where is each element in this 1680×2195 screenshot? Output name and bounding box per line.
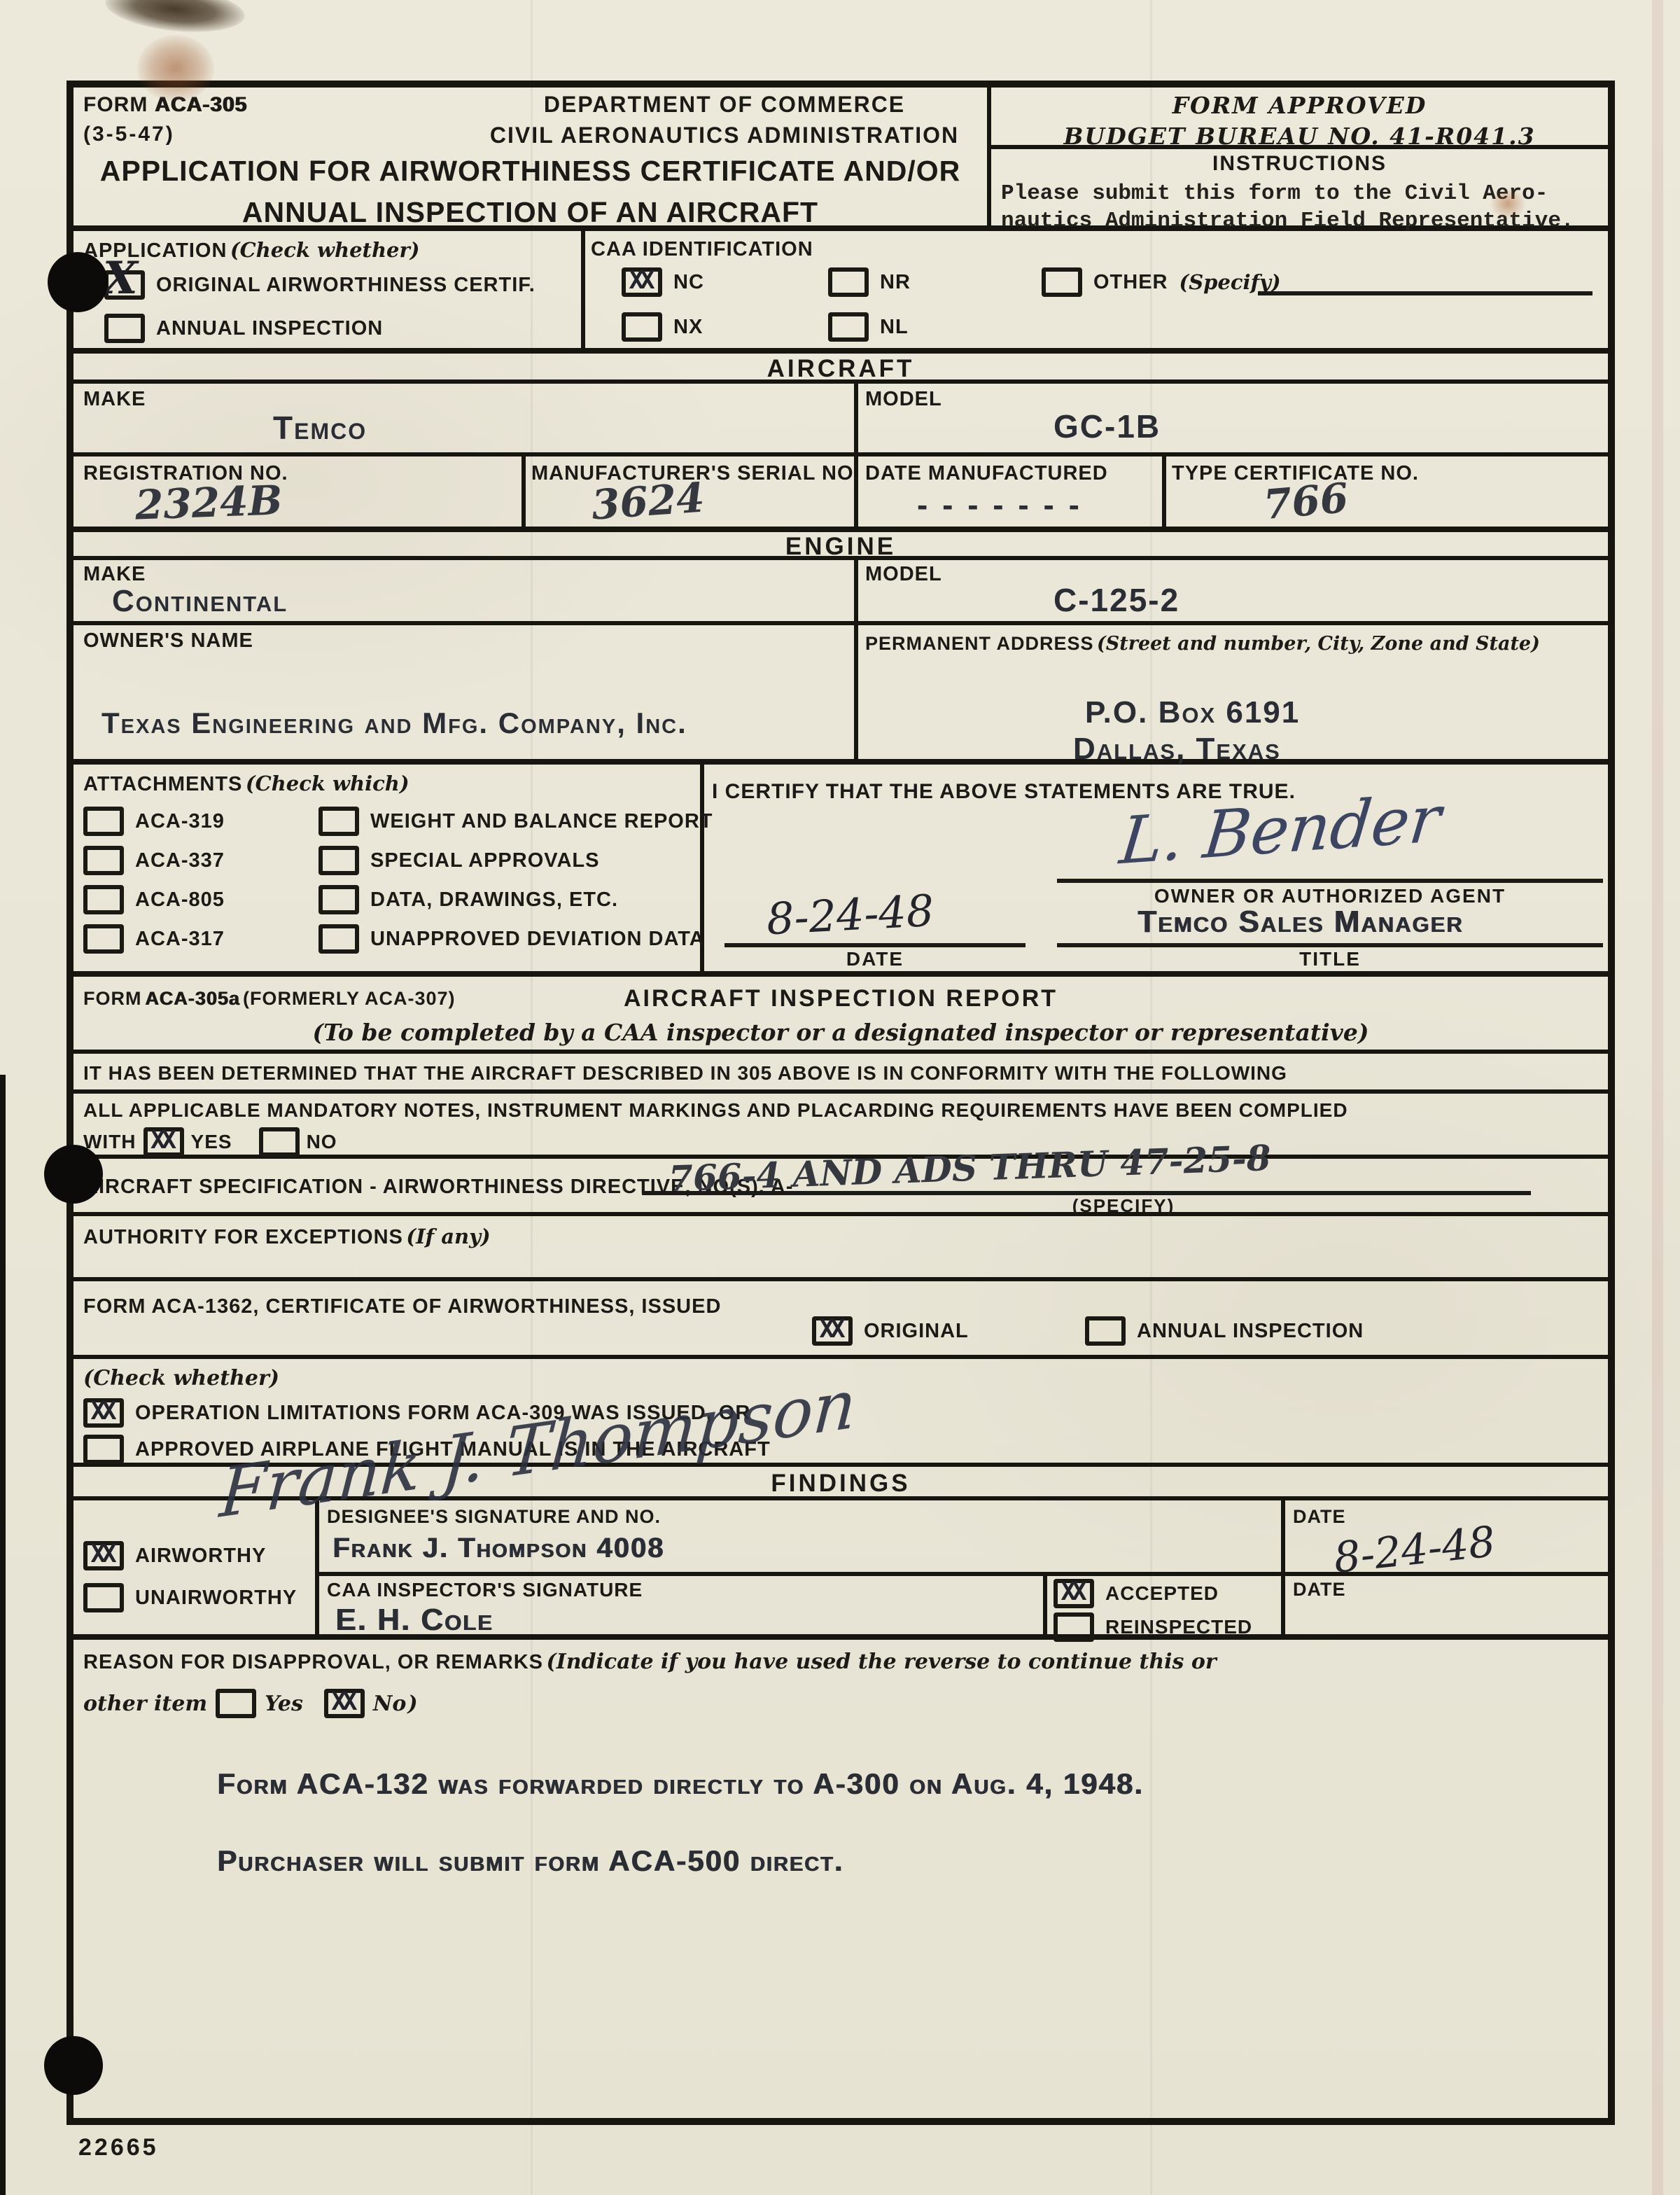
data-drawings-label: DATA, DRAWINGS, ETC. xyxy=(370,889,618,912)
nl-checkbox[interactable] xyxy=(828,312,869,342)
nc-checkmark: XX xyxy=(629,266,654,295)
operation-limitations-checkmark: XX xyxy=(90,1397,116,1426)
department-line2: CIVIL AERONAUTICS ADMINISTRATION xyxy=(465,123,983,148)
attachments-label-note: (Check which) xyxy=(246,772,409,795)
findings-date1-label: DATE xyxy=(1293,1506,1346,1528)
data-drawings-checkbox[interactable] xyxy=(318,885,359,914)
determination-text: IT HAS BEEN DETERMINED THAT THE AIRCRAFT… xyxy=(83,1062,1287,1085)
original-airworthiness-checkmark: X xyxy=(103,256,138,301)
owner-signature-line xyxy=(1057,847,1603,883)
punch-hole-top xyxy=(48,252,108,312)
nc-checkbox[interactable]: XX xyxy=(622,267,662,297)
application-caa-band: APPLICATION (Check whether) X ORIGINAL A… xyxy=(73,231,1608,354)
airworthy-label: AIRWORTHY xyxy=(135,1545,266,1568)
instructions-line2: nautics Administration Field Representat… xyxy=(1001,209,1608,233)
registration-value: 2324B xyxy=(134,476,283,529)
remarks-note-line1: (Indicate if you have used the reverse t… xyxy=(546,1650,1216,1674)
instructions-title: INSTRUCTIONS xyxy=(991,152,1608,176)
certify-title-caption: TITLE xyxy=(1057,948,1603,970)
caa-inspector-name: E. H. Cole xyxy=(335,1603,493,1638)
aca-805-label: ACA-805 xyxy=(135,889,225,912)
form-approved-line2: BUDGET BUREAU NO. 41-R041.3 xyxy=(991,123,1608,150)
department-line1: DEPARTMENT OF COMMERCE xyxy=(465,92,983,118)
designee-typed-name: Frank J. Thompson 4008 xyxy=(332,1533,664,1564)
punch-hole-middle xyxy=(44,1145,103,1204)
special-approvals-label: SPECIAL APPROVALS xyxy=(370,849,599,872)
aircraft-model-label: MODEL xyxy=(865,388,942,411)
remarks-no-checkmark: XX xyxy=(331,1687,357,1716)
remarks-line1: Form ACA-132 was forwarded directly to A… xyxy=(217,1767,1144,1801)
issued-original-checkbox[interactable]: XX xyxy=(812,1316,853,1346)
address-line2: Dallas, Texas xyxy=(1073,732,1281,767)
engine-model-label: MODEL xyxy=(865,563,942,586)
issued-annual-label: ANNUAL INSPECTION xyxy=(1137,1320,1364,1343)
compliance-no-checkbox[interactable] xyxy=(259,1127,300,1157)
compliance-yes-checkmark: XX xyxy=(150,1126,176,1155)
accepted-checkbox[interactable]: XX xyxy=(1053,1579,1094,1608)
aca-319-checkbox[interactable] xyxy=(83,807,124,836)
engine-section-title: ENGINE xyxy=(73,533,1608,561)
remarks-yes-checkbox[interactable] xyxy=(216,1689,256,1718)
directive-band: AIRCRAFT SPECIFICATION - AIRWORTHINESS D… xyxy=(73,1159,1608,1216)
directive-specify-caption: (SPECIFY) xyxy=(703,1195,1543,1217)
date-manufactured-label: DATE MANUFACTURED xyxy=(865,462,1108,485)
certificate-issued-label: FORM ACA-1362, CERTIFICATE OF AIRWORTHIN… xyxy=(83,1295,721,1318)
address-line1: P.O. Box 6191 xyxy=(1085,695,1300,730)
application-label-note: (Check whether) xyxy=(230,238,420,262)
nc-label: NC xyxy=(673,271,704,294)
remarks-no-label: No xyxy=(373,1692,406,1716)
annual-inspection-label: ANNUAL INSPECTION xyxy=(156,317,383,340)
authority-label: AUTHORITY FOR EXCEPTIONS xyxy=(83,1226,403,1248)
authority-band: AUTHORITY FOR EXCEPTIONS (If any) xyxy=(73,1216,1608,1281)
certify-date-line xyxy=(724,912,1025,947)
compliance-yes-checkbox[interactable]: XX xyxy=(143,1127,184,1157)
remarks-note-close: ) xyxy=(407,1692,417,1716)
annual-inspection-checkbox[interactable] xyxy=(104,314,145,343)
type-certificate-value: 766 xyxy=(1261,474,1350,529)
serial-value: 3624 xyxy=(590,473,706,529)
engine-make-model-band: MAKE Continental MODEL C-125-2 xyxy=(73,560,1608,625)
aircraft-registration-band: REGISTRATION NO. 2324B MANUFACTURER'S SE… xyxy=(73,457,1608,532)
header-band: FORM ACA-305 (3-5-47) DEPARTMENT OF COMM… xyxy=(73,88,1608,231)
caa-inspector-signature-label: CAA INSPECTOR'S SIGNATURE xyxy=(327,1579,643,1601)
instructions-box: INSTRUCTIONS Please submit this form to … xyxy=(991,149,1608,233)
remarks-band: REASON FOR DISAPPROVAL, OR REMARKS (Indi… xyxy=(73,1640,1608,2118)
certify-title-line xyxy=(1057,912,1603,947)
remarks-line2: Purchaser will submit form ACA-500 direc… xyxy=(217,1844,843,1878)
engine-make-value: Continental xyxy=(112,584,288,619)
airworthy-checkbox[interactable]: XX xyxy=(83,1541,124,1570)
compliance-with-label: WITH xyxy=(83,1131,136,1153)
inspection-report-header-band: FORM ACA-305a (FORMERLY ACA-307) AIRCRAF… xyxy=(73,977,1608,1054)
aircraft-model-value: GC-1B xyxy=(1053,407,1161,445)
corner-smudge-stain xyxy=(103,0,246,38)
flight-manual-checkbox[interactable] xyxy=(83,1435,124,1464)
instructions-line1: Please submit this form to the Civil Aer… xyxy=(1001,181,1608,206)
aircraft-banner: AIRCRAFT xyxy=(73,354,1608,384)
aircraft-make-model-band: MAKE Temco MODEL GC-1B xyxy=(73,384,1608,457)
special-approvals-checkbox[interactable] xyxy=(318,846,359,875)
aca-317-checkbox[interactable] xyxy=(83,924,124,954)
determination-band: IT HAS BEEN DETERMINED THAT THE AIRCRAFT… xyxy=(73,1054,1608,1094)
inspection-report-title: AIRCRAFT INSPECTION REPORT xyxy=(73,985,1608,1012)
remarks-yes-label: Yes xyxy=(265,1692,303,1716)
engine-make-label: MAKE xyxy=(83,563,146,586)
owner-band: OWNER'S NAME Texas Engineering and Mfg. … xyxy=(73,625,1608,765)
form-approved-line1: FORM APPROVED xyxy=(991,92,1608,119)
permanent-address-label: PERMANENT ADDRESS xyxy=(865,633,1094,654)
compliance-band: ALL APPLICABLE MANDATORY NOTES, INSTRUME… xyxy=(73,1094,1608,1159)
form-approved-box: FORM APPROVED BUDGET BUREAU NO. 41-R041.… xyxy=(991,88,1608,149)
airworthy-checkmark: XX xyxy=(90,1540,116,1568)
original-airworthiness-label: ORIGINAL AIRWORTHINESS CERTIF. xyxy=(156,274,535,297)
form-number-prefix: FORM xyxy=(83,93,148,116)
findings-date2-label: DATE xyxy=(1293,1579,1346,1601)
compliance-line1: ALL APPLICABLE MANDATORY NOTES, INSTRUME… xyxy=(83,1099,1348,1122)
remarks-label: REASON FOR DISAPPROVAL, OR REMARKS xyxy=(83,1651,543,1673)
inspection-report-subtitle: (To be completed by a CAA inspector or a… xyxy=(73,1019,1608,1046)
accepted-checkmark: XX xyxy=(1060,1577,1086,1606)
authority-label-note: (If any) xyxy=(406,1225,490,1248)
reinspected-label: REINSPECTED xyxy=(1105,1616,1252,1638)
aca-337-label: ACA-337 xyxy=(135,849,225,872)
permanent-address-note: (Street and number, City, Zone and State… xyxy=(1097,633,1540,655)
nx-checkbox[interactable] xyxy=(622,312,662,342)
scanned-form-page: { "theme": { "paper": "#eae6d7", "ink": … xyxy=(0,0,1680,2195)
aca-805-checkbox[interactable] xyxy=(83,885,124,914)
attachments-label: ATTACHMENTS xyxy=(83,773,242,795)
reinspected-checkbox[interactable] xyxy=(1053,1612,1094,1642)
aircraft-make-label: MAKE xyxy=(83,388,146,411)
issued-original-label: ORIGINAL xyxy=(864,1320,969,1343)
aca-305-form: FORM ACA-305 (3-5-47) DEPARTMENT OF COMM… xyxy=(66,81,1615,2125)
form-title-line2: ANNUAL INSPECTION OF AN AIRCRAFT xyxy=(73,196,987,229)
certificate-issued-band: FORM ACA-1362, CERTIFICATE OF AIRWORTHIN… xyxy=(73,1281,1608,1359)
aca-337-checkbox[interactable] xyxy=(83,846,124,875)
other-specify-blank xyxy=(1258,266,1592,295)
compliance-yes-label: YES xyxy=(191,1131,232,1153)
aca-319-label: ACA-319 xyxy=(135,810,225,833)
original-airworthiness-checkbox[interactable]: X xyxy=(104,270,145,300)
remarks-no-checkbox[interactable]: XX xyxy=(324,1689,365,1718)
engine-banner: ENGINE xyxy=(73,532,1608,560)
issued-original-checkmark: XX xyxy=(819,1315,845,1344)
form-revision: (3-5-47) xyxy=(83,123,247,146)
aca-317-label: ACA-317 xyxy=(135,928,225,951)
application-caa-divider xyxy=(581,231,585,348)
unapproved-deviation-checkbox[interactable] xyxy=(318,924,359,954)
findings-table: XX AIRWORTHY UNAIRWORTHY DESIGNEE'S SIGN… xyxy=(73,1500,1608,1640)
owner-name-label: OWNER'S NAME xyxy=(83,629,253,653)
owner-name-value: Texas Engineering and Mfg. Company, Inc. xyxy=(101,706,687,740)
other-checkbox[interactable] xyxy=(1042,267,1082,297)
remarks-note-line2-prefix: other item xyxy=(83,1692,207,1716)
unairworthy-checkbox[interactable] xyxy=(83,1583,124,1612)
certify-date-caption: DATE xyxy=(724,948,1025,970)
engine-model-value: C-125-2 xyxy=(1053,581,1179,619)
scan-edge-strip xyxy=(0,1075,6,2195)
footer-code: 22665 xyxy=(78,2134,159,2161)
other-label: OTHER xyxy=(1093,271,1168,294)
caa-identification-label: CAA IDENTIFICATION xyxy=(591,238,813,260)
weight-balance-checkbox[interactable] xyxy=(318,807,359,836)
unapproved-deviation-label: UNAPPROVED DEVIATION DATA xyxy=(370,928,705,951)
check-whether-note: (Check whether) xyxy=(83,1366,279,1391)
attachments-certify-band: ATTACHMENTS (Check which) ACA-319 ACA-33… xyxy=(73,765,1608,977)
weight-balance-label: WEIGHT AND BALANCE REPORT xyxy=(370,810,713,833)
issued-annual-checkbox[interactable] xyxy=(1085,1316,1126,1346)
aircraft-section-title: AIRCRAFT xyxy=(73,355,1608,383)
form-title-line1: APPLICATION FOR AIRWORTHINESS CERTIFICAT… xyxy=(73,155,987,188)
nl-label: NL xyxy=(880,316,909,339)
nr-label: NR xyxy=(880,271,911,294)
operation-limitations-checkbox[interactable]: XX xyxy=(83,1398,124,1428)
accepted-label: ACCEPTED xyxy=(1105,1582,1219,1605)
compliance-no-label: NO xyxy=(307,1131,337,1153)
paper-crease-right-pink xyxy=(1652,0,1663,2195)
nr-checkbox[interactable] xyxy=(828,267,869,297)
unairworthy-label: UNAIRWORTHY xyxy=(135,1587,297,1610)
date-manufactured-value: - - - - - - - xyxy=(917,486,1082,524)
aircraft-make-value: Temco xyxy=(273,409,367,447)
form-number: ACA-305 xyxy=(155,93,247,116)
punch-hole-bottom xyxy=(44,2036,103,2095)
nx-label: NX xyxy=(673,316,703,339)
